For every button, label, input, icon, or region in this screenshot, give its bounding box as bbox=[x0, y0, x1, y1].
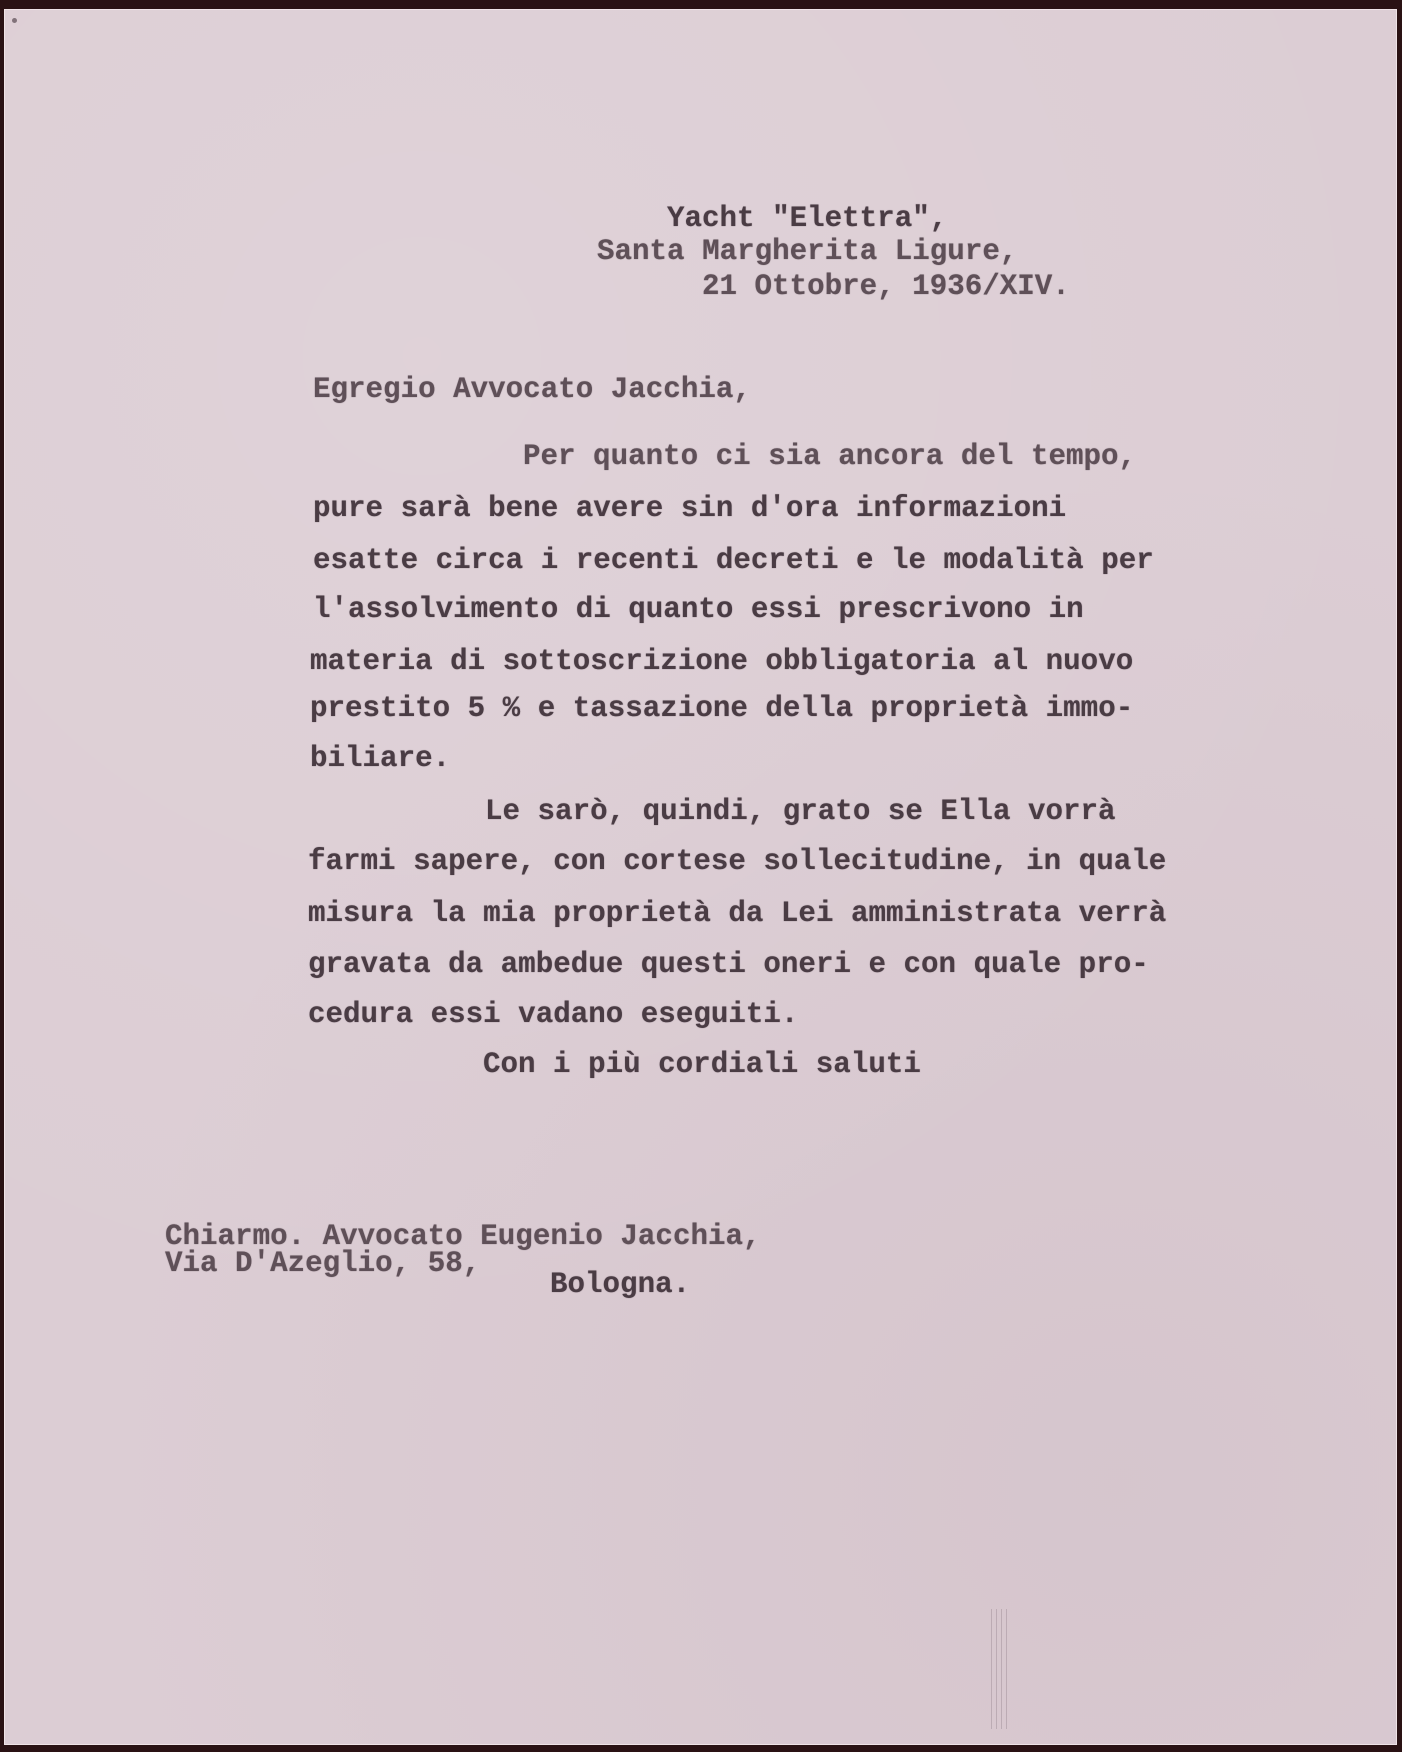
address-line-2: Via D'Azeglio, 58, bbox=[165, 1247, 480, 1281]
header-location: Santa Margherita Ligure, bbox=[597, 235, 1017, 269]
faint-vertical-marks bbox=[989, 1609, 1011, 1729]
letter-page: Yacht "Elettra", Santa Margherita Ligure… bbox=[4, 9, 1397, 1745]
body-line: l'assolvimento di quanto essi prescrivon… bbox=[313, 593, 1084, 627]
header-yacht: Yacht "Elettra", bbox=[667, 202, 947, 236]
header-date: 21 Ottobre, 1936/XIV. bbox=[702, 270, 1070, 304]
body-line: Le sarò, quindi, grato se Ella vorrà bbox=[485, 795, 1116, 829]
body-line: pure sarà bene avere sin d'ora informazi… bbox=[313, 492, 1066, 526]
salutation: Egregio Avvocato Jacchia, bbox=[313, 373, 751, 407]
body-line: gravata da ambedue questi oneri e con qu… bbox=[308, 948, 1149, 982]
closing: Con i più cordiali saluti bbox=[483, 1048, 921, 1082]
body-line: prestito 5 % e tassazione della propriet… bbox=[310, 692, 1133, 726]
paper-speck bbox=[12, 18, 17, 23]
body-line: materia di sottoscrizione obbligatoria a… bbox=[310, 645, 1133, 679]
body-line: Per quanto ci sia ancora del tempo, bbox=[523, 440, 1136, 474]
body-line: esatte circa i recenti decreti e le moda… bbox=[313, 544, 1154, 578]
body-line: cedura essi vadano eseguiti. bbox=[308, 998, 798, 1032]
body-line: farmi sapere, con cortese sollecitudine,… bbox=[308, 845, 1166, 879]
address-city: Bologna. bbox=[550, 1268, 690, 1302]
body-line: biliare. bbox=[310, 742, 450, 776]
body-line: misura la mia proprietà da Lei amministr… bbox=[308, 897, 1166, 931]
